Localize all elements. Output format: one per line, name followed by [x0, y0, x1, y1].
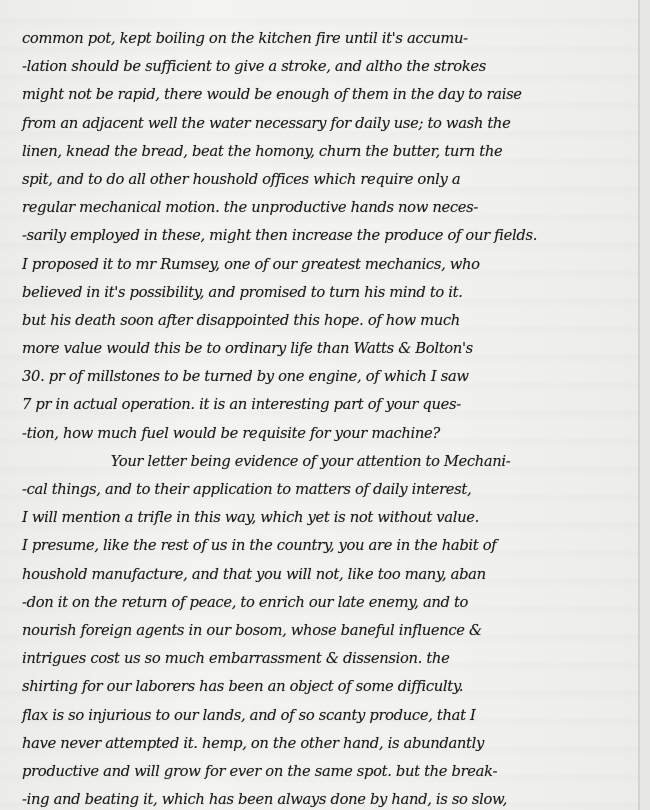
manuscript-line: -ing and beating it, which has been alwa… [22, 785, 614, 810]
manuscript-line: productive and will grow for ever on the… [22, 757, 614, 785]
manuscript-line: intrigues cost us so much embarrassment … [22, 644, 614, 672]
manuscript-page: common pot, kept boiling on the kitchen … [0, 0, 650, 810]
manuscript-line: spit, and to do all other houshold offic… [22, 165, 614, 193]
manuscript-line: more value would this be to ordinary lif… [22, 334, 614, 362]
manuscript-line: regular mechanical motion. the unproduct… [22, 193, 614, 221]
manuscript-line: -don it on the return of peace, to enric… [22, 588, 614, 616]
manuscript-line: from an adjacent well the water necessar… [22, 109, 614, 137]
manuscript-line: have never attempted it. hemp, on the ot… [22, 729, 614, 757]
manuscript-line: flax is so injurious to our lands, and o… [22, 701, 614, 729]
page-edge-line [638, 0, 640, 810]
manuscript-line: linen, knead the bread, beat the homony,… [22, 137, 614, 165]
manuscript-line: common pot, kept boiling on the kitchen … [22, 24, 614, 52]
manuscript-line: -tion, how much fuel would be requisite … [22, 419, 614, 447]
manuscript-line: believed in it's possibility, and promis… [22, 278, 614, 306]
manuscript-line: I will mention a trifle in this way, whi… [22, 503, 614, 531]
manuscript-line: I proposed it to mr Rumsey, one of our g… [22, 250, 614, 278]
manuscript-line: might not be rapid, there would be enoug… [22, 80, 614, 108]
manuscript-line: -cal things, and to their application to… [22, 475, 614, 503]
manuscript-line: nourish foreign agents in our bosom, who… [22, 616, 614, 644]
manuscript-line: but his death soon after disappointed th… [22, 306, 614, 334]
manuscript-line: Your letter being evidence of your atten… [22, 447, 611, 475]
manuscript-text: common pot, kept boiling on the kitchen … [22, 24, 632, 810]
manuscript-line: 30. pr of millstones to be turned by one… [22, 362, 614, 390]
manuscript-line: shirting for our laborers has been an ob… [22, 672, 614, 700]
manuscript-line: -lation should be sufficient to give a s… [22, 52, 614, 80]
manuscript-line: I presume, like the rest of us in the co… [22, 531, 614, 559]
manuscript-line: -sarily employed in these, might then in… [22, 221, 614, 249]
page-margin [640, 0, 650, 810]
manuscript-line: 7 pr in actual operation. it is an inter… [22, 390, 614, 418]
manuscript-line: houshold manufacture, and that you will … [22, 560, 614, 588]
